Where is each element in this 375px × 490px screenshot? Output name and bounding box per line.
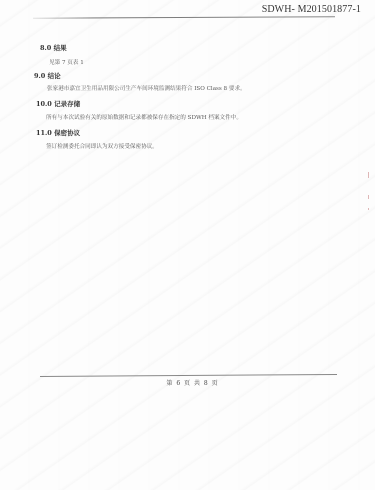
section-heading: 10.0 记录存储 [36, 99, 80, 108]
scan-edge-mark [368, 195, 369, 199]
section-body: 所有与本次试验有关的原始数据和记录都被保存在指定的 SDWH 档案文件中。 [46, 113, 242, 121]
document-code: SDWH- M201501877-1 [262, 4, 361, 15]
section-heading: 9.0 结论 [34, 71, 61, 80]
section-body: 见第 7 页表 1 [49, 58, 84, 66]
scan-edge-mark [368, 172, 369, 178]
section-heading: 8.0 结果 [40, 43, 67, 52]
section-body: 签订检测委托合同即认为双方接受保密协议。 [46, 142, 158, 150]
section-heading: 11.0 保密协议 [36, 128, 80, 137]
page-number: 第 6 页 共 8 页 [0, 378, 375, 387]
scanned-document-page: SDWH- M201501877-1 8.0 结果 见第 7 页表 1 9.0 … [0, 0, 375, 490]
header-divider [33, 16, 335, 19]
scan-edge-mark [368, 208, 369, 210]
section-body: 张家港市嘉宜卫生用品用限公司生产车间环境监测结果符合 ISO Class 8 要… [47, 84, 246, 92]
footer-divider [40, 374, 337, 377]
